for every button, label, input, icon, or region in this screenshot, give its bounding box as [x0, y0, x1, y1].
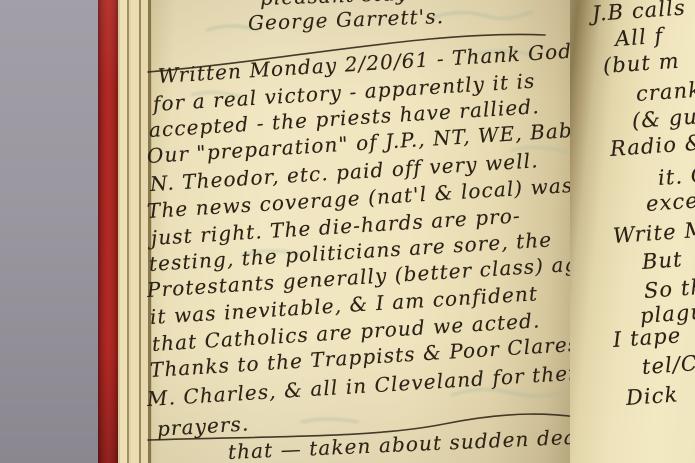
- handwritten-line: I tape: [612, 325, 682, 351]
- handwritten-line: All f: [614, 26, 664, 50]
- handwritten-line: George Garrett's.: [248, 6, 445, 33]
- handwritten-line: (& gun: [631, 105, 695, 132]
- handwritten-line: crank: [635, 79, 695, 105]
- handwritten-line: Dick: [625, 384, 679, 409]
- handwritten-line: prayers.: [156, 413, 249, 439]
- handwritten-line: that — taken about sudden death: [228, 426, 601, 462]
- handwritten-line: excel: [645, 190, 695, 215]
- diary-photo: pleasant stay George Garrett's. Written …: [0, 0, 695, 463]
- handwritten-line: But: [641, 249, 683, 273]
- handwritten-line: So th: [643, 277, 695, 302]
- handwritten-line: Radio &: [609, 132, 695, 160]
- book-cover-edge: [98, 0, 118, 463]
- right-page: J.B calls All f (but m crank (& gun Radi…: [570, 0, 695, 463]
- handwritten-line: J.B calls: [591, 0, 686, 25]
- handwritten-line: Write M: [612, 219, 695, 247]
- left-page: pleasant stay George Garrett's. Written …: [152, 0, 620, 463]
- handwritten-line: it. C: [657, 165, 695, 189]
- handwritten-line: tel/C: [641, 353, 695, 378]
- handwritten-line: (but m: [602, 51, 680, 77]
